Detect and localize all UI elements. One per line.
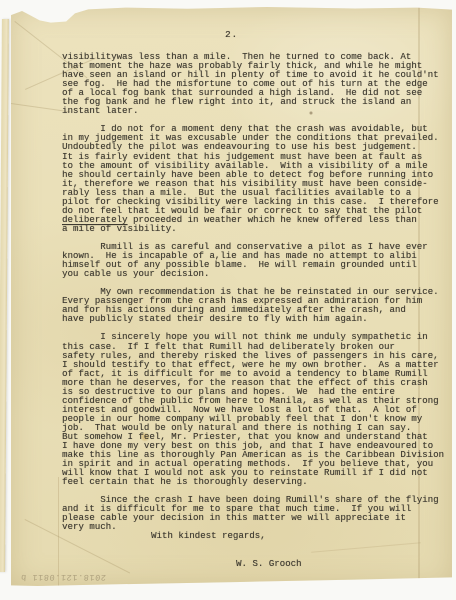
paragraph: visibilitywas less than a mile. Then he … [62,52,451,115]
letter-body: visibilitywas less than a mile. Then he … [62,52,451,568]
paragraph: I do not for a moment deny that the cras… [62,124,451,233]
crease-line [58,477,59,586]
signature: W. S. Grooch [62,559,451,568]
paragraph: Rumill is as careful and conservative a … [62,242,451,278]
paragraph-text: I do not for a moment deny that the cras… [62,123,439,215]
scanned-letter-page-2: { "letter": { "page_number": "2.", "para… [0,0,456,600]
page-number: 2. [225,29,238,40]
paragraph: I sincerely hope you will not think me u… [62,332,451,486]
accession-number: 2018.121.0811 b [6,572,107,582]
letter-page: 2. visibilitywas less than a mile. Then … [11,7,452,586]
adjacent-page-edge [0,19,9,572]
paragraph: Since the crash I have been doing Rumill… [62,495,451,531]
closing-line: With kindest regards, [62,531,451,540]
paragraph: My own recommendation is that he be rein… [62,287,451,323]
